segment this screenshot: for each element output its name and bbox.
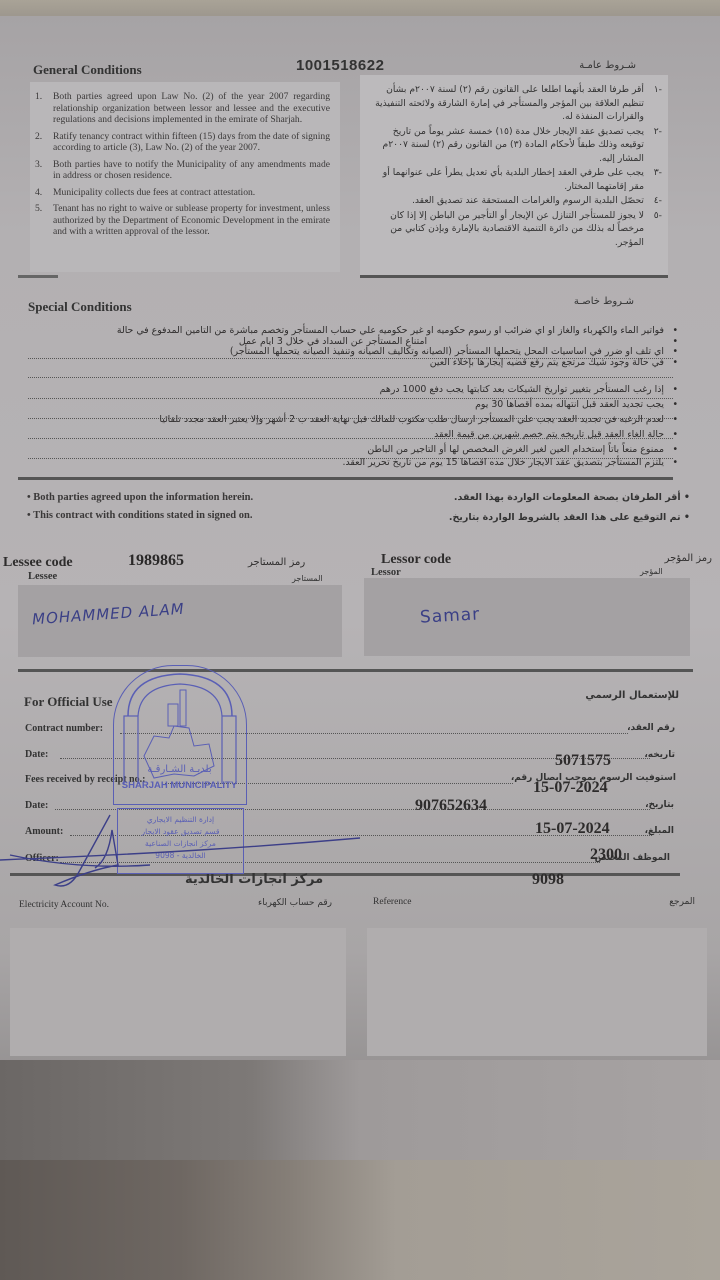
special-condition-item: لعدم الرغبه في تجديد العقد يجب علي المست… [28,414,678,425]
reference-box [367,928,707,1056]
condition-item: 2.Ratify tenancy contract within fifteen… [35,131,330,154]
electricity-account-label-ar: رقم حساب الكهرباء [258,898,332,908]
field-label-ar: بتاريخ، [645,800,674,810]
general-conditions-en-list: 1.Both parties agreed upon Law No. (2) o… [30,82,340,238]
general-conditions-ar-box: -١أقر طرفا العقد بأنهما اطلعا على القانو… [360,75,668,275]
field-label-date: Date: [25,749,48,760]
special-condition-item: ممنوع منعاً باتاً إستخدام العين لغير الغ… [28,444,678,455]
stamp-name-en: SHARJAH MUNICIPALITY [114,780,245,791]
condition-item-ar: -٥لا يجوز للمستأجر التنازل عن الإيجار أو… [368,209,662,250]
special-condition-item: اي تلف او ضرر في اساسيات المحل يتحملها ا… [28,346,678,357]
agreement-en-1: • Both parties agreed upon the informati… [27,492,253,503]
lessee-name: MOHAMMED ALAM [32,600,186,629]
field-label-ar: المبلغ، [645,826,674,836]
divider [18,477,673,480]
general-conditions-ar-list: -١أقر طرفا العقد بأنهما اطلعا على القانو… [360,75,668,249]
field-value: 15-07-2024 [535,820,610,838]
agreement-en-2: • This contract with conditions stated i… [27,510,252,521]
field-value: 15-07-2024 [533,779,608,797]
lessor-name: Samar [420,604,481,627]
condition-item: 5.Tenant has no right to waive or sublea… [35,203,330,238]
special-condition-item: يلتزم المستأجر بتصديق عقد الايجار خلال م… [28,457,678,468]
lessor-code-label-ar: رمز المؤجر [665,553,712,564]
background-surface-bottom [0,1060,720,1280]
electricity-account-box [10,928,346,1056]
general-conditions-title-ar: شـروط عامـة [579,60,636,71]
condition-item: 4.Municipality collects due fees at cont… [35,187,330,199]
field-value: 5071575 [555,752,611,770]
stamp-name-ar: بلديـة الشـارقـة [114,764,245,775]
general-conditions-en-box: 1.Both parties agreed upon Law No. (2) o… [30,82,340,272]
lessee-label: Lessee [28,571,57,582]
lessor-code-label: Lessor code [381,552,451,568]
official-use-title-ar: للإستعمال الرسمي [585,690,679,701]
stamp-arch: بلديـة الشـارقـة SHARJAH MUNICIPALITY [113,665,247,805]
condition-item-ar: -٣يجب على طرفي العقد إخطار البلدية بأي ت… [368,166,662,193]
contract-number: 1001518622 [296,57,384,74]
special-conditions-title: Special Conditions [28,299,132,315]
special-conditions-title-ar: شـروط خاصـة [574,296,634,307]
lessor-name-box: Samar [364,578,690,656]
lessee-label-ar: المستاجر [292,574,323,583]
agreement-ar-2: • تم التوقيع على هذا العقد بالشروط الوار… [449,512,690,523]
electricity-account-label: Electricity Account No. [19,900,109,910]
agreement-ar-1: • أقر الطرفان بصحة المعلومات الواردة بهذ… [454,492,690,503]
lessor-label-ar: المؤجر [640,567,663,576]
field-value: 2300 [590,846,622,864]
condition-item-ar: -١أقر طرفا العقد بأنهما اطلعا على القانو… [368,83,662,124]
condition-item-ar: -٢يجب تصديق عقد الإيجار خلال مدة (١٥) خم… [368,125,662,166]
lessee-code-label: Lessee code [3,555,73,571]
lessee-code-value: 1989865 [128,552,184,570]
special-condition-item: فواتير الماء والكهرباء والغاز او اي ضرائ… [28,325,678,336]
field-label-ar: تاريخه، [644,750,675,760]
condition-item: 3.Both parties have to notify the Munici… [35,159,330,182]
divider [18,275,58,278]
field-value: 907652634 [415,797,487,815]
special-condition-item: إذا رغب المستأجر بتغيير تواريخ الشيكات ب… [28,384,678,395]
divider [360,275,668,278]
lessor-label: Lessor [371,567,401,578]
reference-label-ar: المرجع [669,897,695,907]
special-condition-item: في حالة وجود شيك مرتجع يتم رفع قضيه إيجا… [28,357,678,368]
special-condition-item: حالة الغاء العقد قبل تاريخه يتم خصم شهري… [28,429,678,440]
officer-signature [0,810,360,900]
condition-item: 1.Both parties agreed upon Law No. (2) o… [35,91,330,126]
reference-label: Reference [373,897,412,907]
special-conditions-list: فواتير الماء والكهرباء والغاز او اي ضرائ… [28,325,678,468]
lessee-name-box: MOHAMMED ALAM [18,585,342,657]
condition-item-ar: -٤تحصّل البلدية الرسوم والغرامات المستحق… [368,194,662,208]
special-condition-item: يجب تجديد العقد قبل انتهاله بمده أقصاها … [28,399,678,410]
extra-value: 9098 [532,871,564,889]
official-use-title: For Official Use [24,694,113,710]
field-label-contract-number: Contract number: [25,723,103,734]
lessee-code-label-ar: رمز المستاجر [248,557,305,568]
field-label-ar: رقم العقد، [627,723,675,733]
general-conditions-title: General Conditions [33,62,142,78]
